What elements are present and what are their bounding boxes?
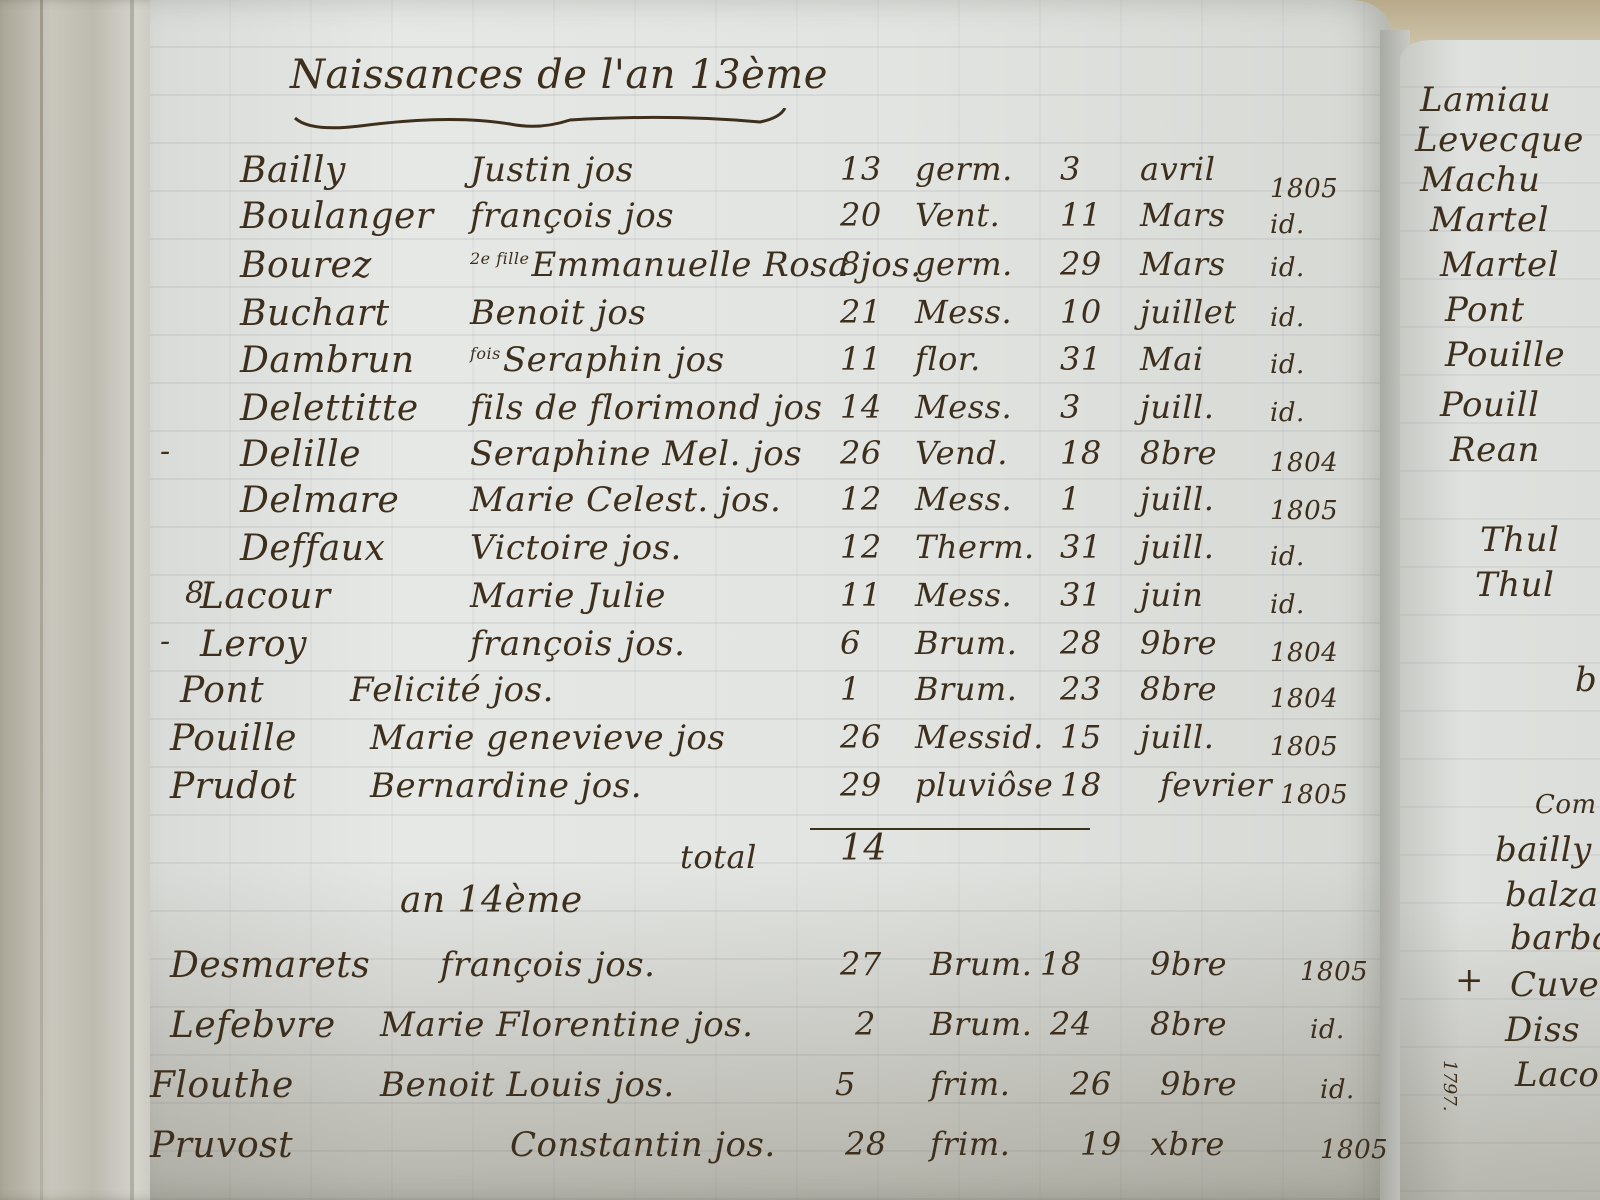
right-name: Machu bbox=[1420, 160, 1540, 200]
year: id. bbox=[1270, 303, 1305, 333]
rev-day: 28 bbox=[845, 1125, 887, 1163]
rev-month: Therm. bbox=[915, 528, 1035, 566]
right-name: Rean bbox=[1450, 430, 1540, 470]
rev-month: germ. bbox=[915, 245, 1013, 283]
greg-day: 3 bbox=[1060, 388, 1081, 426]
given-names: françois jos. bbox=[470, 624, 685, 664]
greg-day: 18 bbox=[1060, 766, 1102, 804]
surname: Bourez bbox=[240, 245, 372, 286]
rev-month: Brum. bbox=[930, 945, 1032, 983]
list-item: Flouthe Benoit Louis jos. 5 frim. 26 9br… bbox=[0, 1065, 1390, 1115]
greg-day: 18 bbox=[1060, 434, 1102, 472]
greg-month: Mai bbox=[1140, 340, 1204, 378]
rev-day: 29 bbox=[840, 766, 882, 804]
year: id. bbox=[1310, 1015, 1345, 1045]
year: 1804 bbox=[1270, 638, 1338, 668]
rev-day: 11 bbox=[840, 340, 882, 378]
rev-day: 20 bbox=[840, 196, 882, 234]
list-item: Delmare Marie Celest. jos. 12 Mess. 1 ju… bbox=[0, 480, 1390, 530]
list-item: Buchart Benoit jos 21 Mess. 10 juillet i… bbox=[0, 293, 1390, 343]
greg-month: juill. bbox=[1140, 528, 1214, 566]
greg-month: juill. bbox=[1140, 388, 1214, 426]
right-name: balza bbox=[1505, 875, 1599, 915]
rev-day: 8 bbox=[840, 245, 861, 283]
rev-day: 27 bbox=[840, 945, 882, 983]
rev-month: Brum. bbox=[930, 1005, 1032, 1043]
surname: Lacour bbox=[200, 576, 331, 617]
year: 1805 bbox=[1270, 496, 1338, 526]
surname: Pont bbox=[180, 670, 264, 711]
given-names: Benoit Louis jos. bbox=[380, 1065, 675, 1105]
list-item: Bourez 2e filleEmmanuelle Rosa jos. 8 ge… bbox=[0, 245, 1390, 295]
rev-day: 26 bbox=[840, 434, 882, 472]
rev-day: 21 bbox=[840, 293, 882, 331]
given-names: Felicité jos. bbox=[350, 670, 554, 710]
greg-day: 18 bbox=[1040, 945, 1082, 983]
greg-day: 31 bbox=[1060, 528, 1102, 566]
list-item: Bailly Justin jos 13 germ. 3 avril 1805 bbox=[0, 150, 1390, 200]
rev-month: Mess. bbox=[915, 480, 1012, 518]
annotation: 2e fille bbox=[470, 249, 529, 268]
greg-day: 29 bbox=[1060, 245, 1102, 283]
right-name: barba bbox=[1510, 918, 1600, 958]
surname: Buchart bbox=[240, 293, 390, 334]
page-title: Naissances de l'an 13ème bbox=[290, 52, 828, 98]
rev-day: 14 bbox=[840, 388, 882, 426]
greg-day: 23 bbox=[1060, 670, 1102, 708]
year: 1805 bbox=[1320, 1135, 1388, 1165]
right-name: Martel bbox=[1440, 245, 1559, 285]
given-names: françois jos bbox=[470, 196, 674, 236]
given-names: Benoit jos bbox=[470, 293, 646, 333]
greg-day: 15 bbox=[1060, 718, 1102, 756]
total-value: 14 bbox=[840, 828, 887, 869]
right-name: Levecque bbox=[1415, 120, 1584, 160]
year: id. bbox=[1270, 398, 1305, 428]
rev-day: 5 bbox=[835, 1065, 856, 1103]
title-flourish-icon bbox=[290, 108, 790, 134]
right-name: Cuve bbox=[1510, 965, 1599, 1005]
greg-day: 10 bbox=[1060, 293, 1102, 331]
list-item: Prudot Bernardine jos. 29 pluviôse 18 fe… bbox=[0, 766, 1390, 816]
margin-mark: - bbox=[160, 624, 171, 659]
right-name: Martel bbox=[1430, 200, 1549, 240]
right-name: b bbox=[1575, 660, 1597, 700]
rev-day: 6 bbox=[840, 624, 861, 662]
list-item: 8 Lacour Marie Julie 11 Mess. 31 juin id… bbox=[0, 576, 1390, 626]
rev-month: flor. bbox=[915, 340, 981, 378]
surname: Bailly bbox=[240, 150, 346, 191]
greg-month: fevrier bbox=[1160, 766, 1272, 804]
greg-month: 8bre bbox=[1140, 670, 1217, 708]
greg-day: 24 bbox=[1050, 1005, 1092, 1043]
greg-month: 9bre bbox=[1160, 1065, 1237, 1103]
rev-day: 13 bbox=[840, 150, 882, 188]
surname: Desmarets bbox=[170, 945, 370, 986]
surname: Flouthe bbox=[150, 1065, 294, 1106]
rev-day: 12 bbox=[840, 480, 882, 518]
year: 1804 bbox=[1270, 448, 1338, 478]
rev-month: frim. bbox=[930, 1125, 1010, 1163]
given-names: Victoire jos. bbox=[470, 528, 682, 568]
rev-month: Vend. bbox=[915, 434, 1008, 472]
greg-month: xbre bbox=[1150, 1125, 1225, 1163]
rev-month: Mess. bbox=[915, 576, 1012, 614]
greg-month: Mars bbox=[1140, 245, 1226, 283]
surname: Leroy bbox=[200, 624, 307, 665]
rev-month: Messid. bbox=[915, 718, 1044, 756]
greg-month: juin bbox=[1140, 576, 1203, 614]
total-label: total bbox=[680, 838, 757, 876]
given-names: foisSeraphin jos bbox=[470, 340, 725, 380]
margin-mark: - bbox=[160, 434, 171, 469]
given-names: Marie Celest. jos. bbox=[470, 480, 781, 520]
given-names: fils de florimond jos bbox=[470, 388, 822, 428]
given-names: Constantin jos. bbox=[510, 1125, 776, 1165]
given-names: Marie Julie bbox=[470, 576, 666, 616]
surname: Delmare bbox=[240, 480, 399, 521]
register-photo: Naissances de l'an 13ème Bailly Justin j… bbox=[0, 0, 1600, 1200]
right-name: bailly bbox=[1495, 830, 1592, 870]
rev-month: germ. bbox=[915, 150, 1013, 188]
surname: Delettitte bbox=[240, 388, 419, 429]
rev-month: Mess. bbox=[915, 293, 1012, 331]
right-name: Thul bbox=[1475, 565, 1554, 605]
list-item: Pruvost Constantin jos. 28 frim. 19 xbre… bbox=[0, 1125, 1390, 1175]
greg-month: 8bre bbox=[1150, 1005, 1227, 1043]
given-names: Seraphine Mel. jos bbox=[470, 434, 802, 474]
greg-day: 31 bbox=[1060, 576, 1102, 614]
annotation: fois bbox=[470, 344, 501, 363]
right-heading: Com bbox=[1535, 790, 1597, 820]
right-name: Pouill bbox=[1440, 385, 1540, 425]
list-item: Desmarets françois jos. 27 Brum. 18 9bre… bbox=[0, 945, 1390, 995]
surname: Prudot bbox=[170, 766, 297, 807]
rev-month: Brum. bbox=[915, 670, 1017, 708]
right-name: Pouille bbox=[1445, 335, 1565, 375]
list-item: Pont Felicité jos. 1 Brum. 23 8bre 1804 bbox=[0, 670, 1390, 720]
list-item: Pouille Marie genevieve jos 26 Messid. 1… bbox=[0, 718, 1390, 768]
surname: Boulanger bbox=[240, 196, 434, 237]
right-name: Pont bbox=[1445, 290, 1525, 330]
rev-month: Mess. bbox=[915, 388, 1012, 426]
vertical-margin-note: 1797. bbox=[1439, 1060, 1460, 1112]
given-names: Marie Florentine jos. bbox=[380, 1005, 753, 1045]
right-name: Diss bbox=[1505, 1010, 1580, 1050]
surname: Lefebvre bbox=[170, 1005, 336, 1046]
rev-day: 12 bbox=[840, 528, 882, 566]
year: id. bbox=[1270, 590, 1305, 620]
greg-day: 26 bbox=[1070, 1065, 1112, 1103]
year: id. bbox=[1270, 350, 1305, 380]
surname: Delille bbox=[240, 434, 361, 475]
right-name: Laco bbox=[1515, 1055, 1599, 1095]
year: 1805 bbox=[1300, 957, 1368, 987]
greg-day: 19 bbox=[1080, 1125, 1122, 1163]
list-item: Boulanger françois jos 20 Vent. 11 Mars … bbox=[0, 196, 1390, 246]
greg-month: 8bre bbox=[1140, 434, 1217, 472]
rev-month: Brum. bbox=[915, 624, 1017, 662]
year: 1805 bbox=[1270, 732, 1338, 762]
rev-day: 1 bbox=[840, 670, 861, 708]
greg-month: juill. bbox=[1140, 480, 1214, 518]
given-names: Justin jos bbox=[470, 150, 634, 190]
surname: Dambrun bbox=[240, 340, 415, 381]
list-item: - Delille Seraphine Mel. jos 26 Vend. 18… bbox=[0, 434, 1390, 484]
greg-month: Mars bbox=[1140, 196, 1226, 234]
given-names: Marie genevieve jos bbox=[370, 718, 725, 758]
cross-mark-icon: + bbox=[1455, 960, 1484, 1000]
list-item: - Leroy françois jos. 6 Brum. 28 9bre 18… bbox=[0, 624, 1390, 674]
rev-day: 26 bbox=[840, 718, 882, 756]
year: id. bbox=[1270, 253, 1305, 283]
greg-day: 28 bbox=[1060, 624, 1102, 662]
greg-day: 11 bbox=[1060, 196, 1102, 234]
greg-day: 31 bbox=[1060, 340, 1102, 378]
rev-day: 2 bbox=[855, 1005, 876, 1043]
right-name: Thul bbox=[1480, 520, 1559, 560]
year: id. bbox=[1270, 210, 1305, 240]
given-names: Bernardine jos. bbox=[370, 766, 642, 806]
greg-month: 9bre bbox=[1150, 945, 1227, 983]
rev-month: Vent. bbox=[915, 196, 1000, 234]
surname: Pruvost bbox=[150, 1125, 293, 1166]
surname: Deffaux bbox=[240, 528, 385, 569]
section-heading-an14: an 14ème bbox=[400, 880, 583, 921]
greg-month: juillet bbox=[1140, 293, 1237, 331]
right-name: Lamiau bbox=[1420, 80, 1551, 120]
rev-month: pluviôse bbox=[915, 766, 1053, 804]
list-item: Dambrun foisSeraphin jos 11 flor. 31 Mai… bbox=[0, 340, 1390, 390]
list-item: Delettitte fils de florimond jos 14 Mess… bbox=[0, 388, 1390, 438]
given-names: françois jos. bbox=[440, 945, 655, 985]
year: 1805 bbox=[1280, 780, 1348, 810]
greg-day: 3 bbox=[1060, 150, 1081, 188]
year: id. bbox=[1270, 542, 1305, 572]
year: id. bbox=[1320, 1075, 1355, 1105]
rev-day: 11 bbox=[840, 576, 882, 614]
list-item: Deffaux Victoire jos. 12 Therm. 31 juill… bbox=[0, 528, 1390, 578]
greg-month: avril bbox=[1140, 150, 1215, 188]
year: 1804 bbox=[1270, 684, 1338, 714]
surname: Pouille bbox=[170, 718, 297, 759]
rev-month: frim. bbox=[930, 1065, 1010, 1103]
list-item: Lefebvre Marie Florentine jos. 2 Brum. 2… bbox=[0, 1005, 1390, 1055]
greg-day: 1 bbox=[1060, 480, 1081, 518]
greg-month: juill. bbox=[1140, 718, 1214, 756]
greg-month: 9bre bbox=[1140, 624, 1217, 662]
